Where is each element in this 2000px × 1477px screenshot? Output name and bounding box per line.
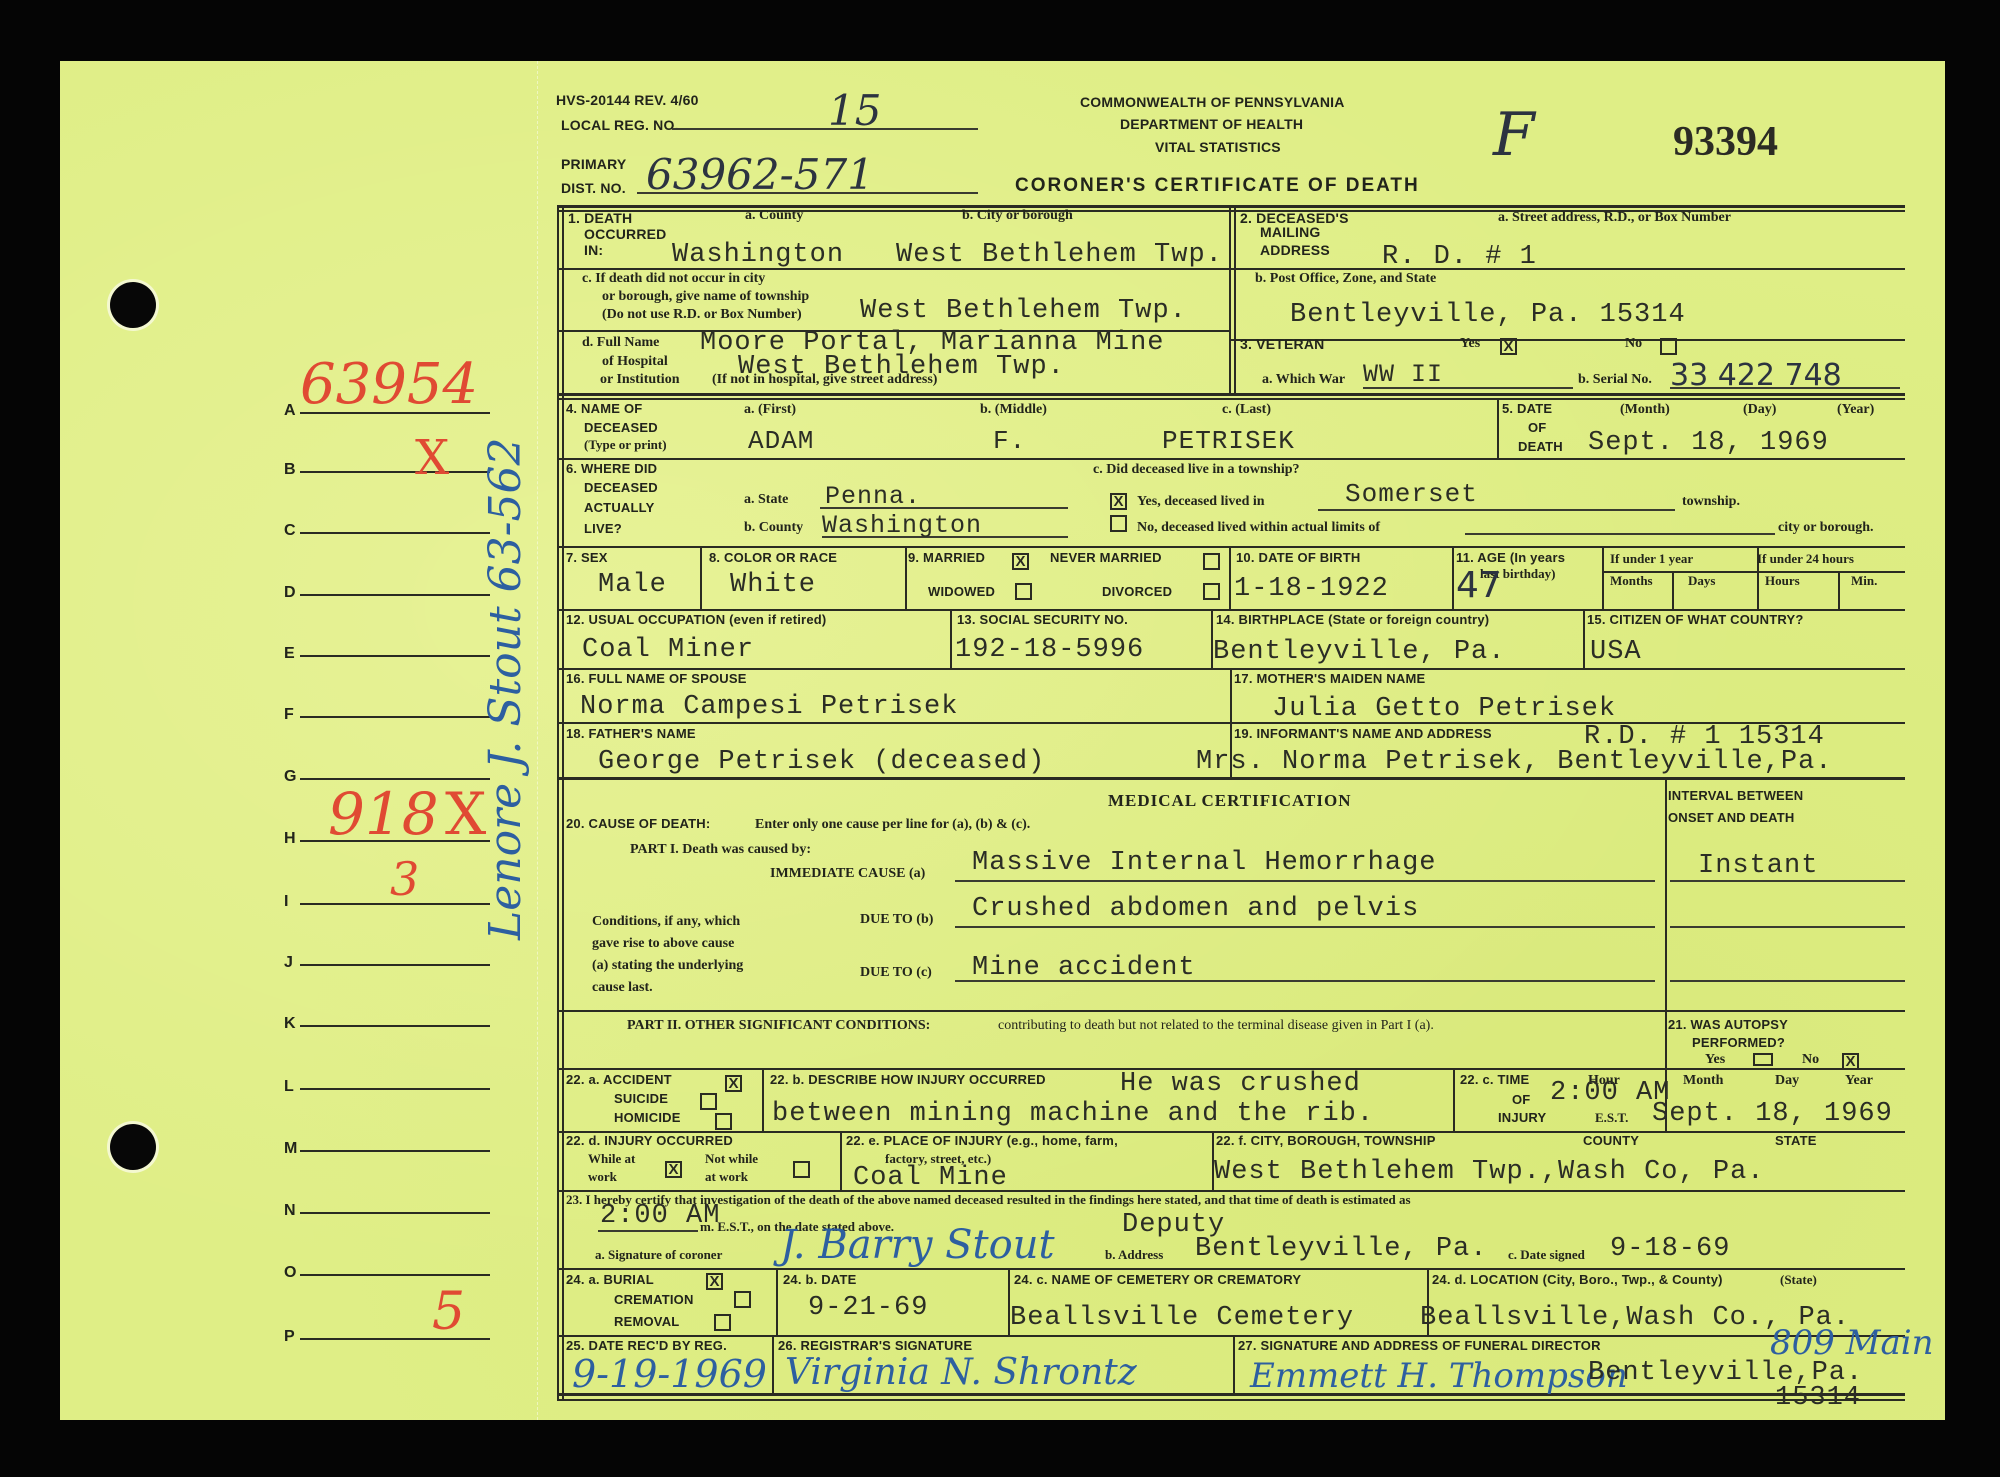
township-value[interactable]: West Bethlehem Twp. xyxy=(860,298,1187,325)
informant-value-line2[interactable]: Mrs. Norma Petrisek, Bentleyville,Pa. xyxy=(1196,749,1833,776)
not-at-work-checkbox[interactable] xyxy=(793,1161,810,1178)
label: 18. FATHER'S NAME xyxy=(566,727,696,742)
col-line xyxy=(762,1068,764,1131)
label: 22. d. INJURY OCCURRED xyxy=(566,1134,733,1149)
label: c. Did deceased live in a township? xyxy=(1093,462,1300,478)
label: ADDRESS xyxy=(1260,242,1330,258)
label: 27. SIGNATURE AND ADDRESS OF FUNERAL DIR… xyxy=(1238,1339,1601,1354)
agency-line-3: VITAL STATISTICS xyxy=(1155,139,1281,155)
index-letter: L xyxy=(284,1078,294,1096)
veteran-no-checkbox[interactable] xyxy=(1660,338,1677,355)
state-value[interactable]: Penna. xyxy=(825,484,921,509)
col-line xyxy=(1583,609,1585,668)
index-letter: N xyxy=(284,1202,296,1220)
col-line xyxy=(772,1335,774,1395)
label: b. Post Office, Zone, and State xyxy=(1255,271,1436,287)
label: DECEASED xyxy=(584,421,658,436)
label: NEVER MARRIED xyxy=(1050,551,1162,566)
label: b. City or borough xyxy=(962,208,1073,224)
margin-note-a: 63954 xyxy=(300,352,478,417)
label: 22. f. CITY, BOROUGH, TOWNSHIP xyxy=(1216,1134,1436,1149)
index-line xyxy=(300,964,490,966)
label: Min. xyxy=(1851,574,1877,589)
label: 12. USUAL OCCUPATION (even if retired) xyxy=(566,613,826,628)
coroner-signature[interactable]: J. Barry Stout xyxy=(780,1222,1055,1268)
widowed-checkbox[interactable] xyxy=(1015,583,1032,600)
due-to-c-value[interactable]: Mine accident xyxy=(972,955,1196,982)
label: No xyxy=(1625,336,1642,352)
label: OF xyxy=(1528,421,1546,436)
label: SUICIDE xyxy=(614,1092,668,1107)
underline xyxy=(1318,509,1675,511)
col-line xyxy=(950,609,952,668)
label: c. Date signed xyxy=(1508,1248,1585,1263)
punch-hole-icon xyxy=(110,282,156,328)
post-office-value[interactable]: Bentleyville, Pa. 15314 xyxy=(1290,302,1686,329)
label: ONSET AND DEATH xyxy=(1668,811,1795,826)
margin-note-p: 5 xyxy=(432,1282,465,1342)
interval-value[interactable]: Instant xyxy=(1698,853,1818,880)
index-line xyxy=(300,1025,490,1027)
col-line xyxy=(1453,1068,1455,1131)
label: WIDOWED xyxy=(928,585,995,600)
label: HOMICIDE xyxy=(614,1111,681,1126)
label: 8. COLOR OR RACE xyxy=(709,551,837,566)
middle-name-value[interactable]: F. xyxy=(993,428,1026,454)
label: 3. VETERAN xyxy=(1240,336,1324,352)
dist-value: 63962-571 xyxy=(646,150,874,199)
agency-line-1: COMMONWEALTH OF PENNSYLVANIA xyxy=(1080,94,1345,110)
place-of-injury-value[interactable]: Coal Mine xyxy=(853,1165,1008,1192)
label: 22. e. PLACE OF INJURY (e.g., home, farm… xyxy=(846,1134,1118,1149)
col-line xyxy=(1452,546,1454,609)
label: c. If death did not occur in city xyxy=(582,271,765,287)
row-line xyxy=(1229,268,1905,270)
label: No, deceased lived within actual limits … xyxy=(1137,520,1380,536)
mother-value[interactable]: Julia Getto Petrisek xyxy=(1272,696,1616,723)
row-line xyxy=(557,546,1905,548)
immediate-cause-value[interactable]: Massive Internal Hemorrhage xyxy=(972,850,1436,877)
occupation-value[interactable]: Coal Miner xyxy=(582,637,754,664)
label: (Type or print) xyxy=(584,438,667,453)
label: 6. WHERE DID xyxy=(566,462,657,477)
label: gave rise to above cause xyxy=(592,936,734,952)
label: INTERVAL BETWEEN xyxy=(1668,789,1803,804)
form-bottom-border-inner xyxy=(557,1399,1905,1401)
index-letter: O xyxy=(284,1264,296,1282)
underline xyxy=(955,926,1655,928)
injury-date-value[interactable]: Sept. 18, 1969 xyxy=(1652,1101,1893,1128)
row-line xyxy=(557,609,1905,611)
index-letter: H xyxy=(284,830,296,848)
row-line xyxy=(557,777,1905,780)
label: (Month) xyxy=(1620,402,1670,418)
underline xyxy=(955,880,1655,882)
married-checkbox[interactable]: X xyxy=(1012,553,1029,570)
label: c. (Last) xyxy=(1222,402,1271,418)
date-of-death-value[interactable]: Sept. 18, 1969 xyxy=(1588,430,1829,457)
label: COUNTY xyxy=(1583,1134,1639,1149)
row-line xyxy=(1229,339,1905,341)
suicide-checkbox[interactable] xyxy=(700,1093,717,1110)
label: a. State xyxy=(744,492,788,508)
local-reg-label: LOCAL REG. NO. xyxy=(561,117,679,133)
label: 22. c. TIME xyxy=(1460,1073,1529,1088)
col-line xyxy=(1672,571,1674,609)
label: 24. c. NAME OF CEMETERY OR CREMATORY xyxy=(1014,1273,1301,1288)
serial-value[interactable]: 33 422 748 xyxy=(1670,358,1842,393)
index-letter: B xyxy=(284,461,296,479)
date-received-value[interactable]: 9-19-1969 xyxy=(572,1352,767,1396)
label: 5. DATE xyxy=(1502,402,1552,417)
col-line xyxy=(1838,571,1840,609)
label: 13. SOCIAL SECURITY NO. xyxy=(957,613,1128,628)
label: 24. a. BURIAL xyxy=(566,1273,654,1288)
label: or borough, give name of township xyxy=(602,289,809,305)
due-to-b-value[interactable]: Crushed abdomen and pelvis xyxy=(972,896,1419,923)
label: a. Which War xyxy=(1262,372,1345,388)
label: of Hospital xyxy=(602,354,668,370)
index-letter: K xyxy=(284,1015,296,1033)
age-value[interactable]: 47 xyxy=(1456,565,1502,606)
col-line xyxy=(700,546,702,609)
label: PERFORMED? xyxy=(1692,1036,1785,1051)
residence-county-value[interactable]: Washington xyxy=(822,513,982,538)
county-value[interactable]: Washington xyxy=(672,242,844,269)
date-signed-value[interactable]: 9-18-69 xyxy=(1610,1236,1730,1263)
label: DUE TO (c) xyxy=(860,965,932,981)
label: PART II. OTHER SIGNIFICANT CONDITIONS: xyxy=(627,1018,930,1034)
col-line xyxy=(776,1268,778,1335)
label: 17. MOTHER'S MAIDEN NAME xyxy=(1234,672,1425,687)
label: INJURY xyxy=(1498,1111,1546,1126)
label: 24. b. DATE xyxy=(783,1273,856,1288)
label: at work xyxy=(705,1170,748,1185)
label: b. Serial No. xyxy=(1578,372,1652,388)
label: Month xyxy=(1683,1073,1723,1089)
label: 24. d. LOCATION (City, Boro., Twp., & Co… xyxy=(1432,1273,1723,1288)
label: cause last. xyxy=(592,980,653,996)
underline xyxy=(1670,926,1905,928)
first-name-value[interactable]: ADAM xyxy=(748,428,814,454)
index-letter: J xyxy=(284,954,293,972)
label: IMMEDIATE CAUSE (a) xyxy=(770,866,925,882)
form-number: HVS-20144 REV. 4/60 xyxy=(556,92,699,108)
describe-value-line1[interactable]: He was crushed xyxy=(1120,1071,1361,1098)
agency-line-2: DEPARTMENT OF HEALTH xyxy=(1120,116,1303,132)
township-yes-checkbox[interactable]: X xyxy=(1110,493,1127,510)
never-married-checkbox[interactable] xyxy=(1203,553,1220,570)
label: If under 24 hours xyxy=(1757,552,1854,567)
label: Year xyxy=(1845,1073,1873,1089)
label: 21. WAS AUTOPSY xyxy=(1668,1018,1788,1033)
label: work xyxy=(588,1170,617,1185)
row-line xyxy=(557,398,1905,400)
index-letter: C xyxy=(284,522,296,540)
label: Not while xyxy=(705,1152,758,1167)
label: Days xyxy=(1688,574,1715,589)
label: 22. b. DESCRIBE HOW INJURY OCCURRED xyxy=(770,1073,1046,1088)
row-line xyxy=(557,1010,1905,1012)
label: Hours xyxy=(1765,574,1800,589)
index-letter: G xyxy=(284,768,296,786)
label: (Day) xyxy=(1743,402,1776,418)
index-line xyxy=(300,471,490,473)
accident-checkbox[interactable]: X xyxy=(725,1075,742,1092)
label: MAILING xyxy=(1260,224,1321,240)
margin-note-h: 918 xyxy=(328,780,439,848)
label: a. Street address, R.D., or Box Number xyxy=(1498,210,1731,226)
index-letter: D xyxy=(284,584,296,602)
funeral-street-value[interactable]: 809 Main xyxy=(1770,1323,1934,1363)
index-letter: M xyxy=(284,1140,297,1158)
margin-vertical-note: Lenore J. Stout 63-562 xyxy=(480,438,531,941)
index-letter: A xyxy=(284,402,296,420)
medical-title: MEDICAL CERTIFICATION xyxy=(1108,791,1351,811)
form-left-border xyxy=(557,205,559,1400)
label: 19. INFORMANT'S NAME AND ADDRESS xyxy=(1234,727,1492,742)
index-letter: P xyxy=(284,1328,295,1346)
label: IN: xyxy=(584,242,603,258)
describe-value-line2[interactable]: between mining machine and the rib. xyxy=(772,1101,1374,1128)
injury-city-value[interactable]: West Bethlehem Twp.,Wash Co, Pa. xyxy=(1214,1159,1764,1186)
last-name-value[interactable]: PETRISEK xyxy=(1162,428,1295,454)
birthplace-value[interactable]: Bentleyville, Pa. xyxy=(1213,639,1505,666)
label: Yes xyxy=(1705,1052,1725,1068)
burial-checkbox[interactable]: X xyxy=(706,1273,723,1290)
label: LIVE? xyxy=(584,522,622,537)
ssn-value[interactable]: 192-18-5996 xyxy=(955,637,1144,664)
index-line xyxy=(300,655,490,657)
label: If under 1 year xyxy=(1610,552,1693,567)
dob-value[interactable]: 1-18-1922 xyxy=(1234,576,1389,603)
father-value[interactable]: George Petrisek (deceased) xyxy=(598,749,1045,776)
cremation-checkbox[interactable] xyxy=(734,1291,751,1308)
certificate-number: 93394 xyxy=(1673,118,1778,166)
label: Yes, deceased lived in xyxy=(1137,494,1265,510)
label: Yes xyxy=(1460,336,1480,352)
homicide-checkbox[interactable] xyxy=(715,1113,732,1130)
index-letter: F xyxy=(284,706,294,724)
col-line xyxy=(840,1131,842,1190)
margin-mark-b: X xyxy=(415,430,449,486)
punch-hole-icon xyxy=(110,1124,156,1170)
label: 11. AGE (In years xyxy=(1456,551,1565,566)
label: (Year) xyxy=(1837,402,1874,418)
form-title: CORONER'S CERTIFICATE OF DEATH xyxy=(1015,175,1420,197)
col-line xyxy=(1229,546,1231,609)
divorced-checkbox[interactable] xyxy=(1203,583,1220,600)
index-line xyxy=(300,716,490,718)
label: a. (First) xyxy=(744,402,796,418)
label: Enter only one cause per line for (a), (… xyxy=(755,817,1030,833)
label: or Institution xyxy=(600,372,679,388)
row-line xyxy=(557,1335,1905,1337)
handwritten-letter: F xyxy=(1493,100,1535,170)
row-line xyxy=(557,458,1905,460)
label: CREMATION xyxy=(614,1293,694,1308)
col-line xyxy=(1602,546,1604,609)
city-value[interactable]: West Bethlehem Twp. xyxy=(896,242,1223,269)
label: (a) stating the underlying xyxy=(592,958,743,974)
label: 9. MARRIED xyxy=(908,551,985,566)
race-value[interactable]: White xyxy=(730,572,816,599)
underline xyxy=(1465,533,1775,535)
label: city or borough. xyxy=(1778,520,1874,536)
registrar-signature[interactable]: Virginia N. Shrontz xyxy=(785,1352,1137,1393)
index-line xyxy=(300,532,490,534)
index-letter: E xyxy=(284,645,295,663)
label: 16. FULL NAME OF SPOUSE xyxy=(566,672,747,687)
removal-checkbox[interactable] xyxy=(714,1314,731,1331)
index-line xyxy=(300,594,490,596)
perforation-line xyxy=(537,61,538,1420)
label: While at xyxy=(588,1152,635,1167)
row-line xyxy=(557,393,1905,396)
underline xyxy=(1670,980,1905,982)
veteran-yes-checkbox[interactable]: X xyxy=(1500,338,1517,355)
war-value[interactable]: WW II xyxy=(1363,362,1443,387)
index-line xyxy=(300,1274,490,1276)
label: DIVORCED xyxy=(1102,585,1172,600)
funeral-director-signature[interactable]: Emmett H. Thompson xyxy=(1250,1356,1628,1396)
label: contributing to death but not related to… xyxy=(998,1018,1434,1034)
row-line xyxy=(557,1268,1905,1270)
index-letter: I xyxy=(284,893,288,911)
label: 1. DEATH xyxy=(568,210,632,226)
label: Day xyxy=(1775,1073,1799,1089)
label: 10. DATE OF BIRTH xyxy=(1236,551,1361,566)
label: OCCURRED xyxy=(584,226,667,242)
label: DUE TO (b) xyxy=(860,912,933,928)
local-reg-underline xyxy=(672,128,978,130)
coroner-address-value[interactable]: Bentleyville, Pa. xyxy=(1195,1236,1487,1263)
label: b. (Middle) xyxy=(980,402,1047,418)
label: Conditions, if any, which xyxy=(592,914,740,930)
label: (Do not use R.D. or Box Number) xyxy=(602,307,802,323)
label: Months xyxy=(1610,574,1653,589)
label: REMOVAL xyxy=(614,1315,679,1330)
label: E.S.T. xyxy=(1595,1111,1628,1126)
label: b. Address xyxy=(1105,1248,1163,1263)
label: a. County xyxy=(745,208,803,224)
label: STATE xyxy=(1775,1134,1817,1149)
label: (State) xyxy=(1780,1273,1817,1288)
form-left-border-inner xyxy=(562,205,564,1400)
label: DECEASED xyxy=(584,481,658,496)
margin-note-i: 3 xyxy=(390,852,419,906)
local-reg-value: 15 xyxy=(828,86,881,135)
label: b. County xyxy=(744,520,803,536)
dist-label: DIST. NO. xyxy=(561,180,626,196)
label: OF xyxy=(1512,1093,1530,1108)
col-line xyxy=(1497,398,1499,458)
label: 15. CITIZEN OF WHAT COUNTRY? xyxy=(1587,613,1803,628)
label: No xyxy=(1802,1052,1819,1068)
col-line xyxy=(905,546,907,609)
street-value[interactable]: R. D. # 1 xyxy=(1382,244,1537,271)
label: 4. NAME OF xyxy=(566,402,642,417)
index-line xyxy=(300,1150,490,1152)
label: 22. a. ACCIDENT xyxy=(566,1073,672,1088)
residence-township-value[interactable]: Somerset xyxy=(1345,481,1478,507)
label: DEATH xyxy=(1518,440,1563,455)
sex-value[interactable]: Male xyxy=(598,572,667,599)
col-line xyxy=(1234,205,1236,395)
hospital-value-line2[interactable]: West Bethlehem Twp. xyxy=(738,354,1065,381)
label: 7. SEX xyxy=(566,551,608,566)
label: a. Signature of coroner xyxy=(595,1248,722,1263)
col-line xyxy=(1229,205,1231,395)
funeral-zip-value[interactable]: 15314 xyxy=(1775,1385,1861,1412)
label: 14. BIRTHPLACE (State or foreign country… xyxy=(1216,613,1489,628)
col-line xyxy=(1233,1335,1235,1395)
index-line xyxy=(300,1088,490,1090)
index-line xyxy=(300,1212,490,1214)
label: d. Full Name xyxy=(582,335,659,351)
while-at-work-checkbox[interactable]: X xyxy=(665,1161,682,1178)
autopsy-yes-checkbox[interactable] xyxy=(1753,1053,1773,1066)
burial-date-value[interactable]: 9-21-69 xyxy=(808,1295,928,1322)
spouse-value[interactable]: Norma Campesi Petrisek xyxy=(580,694,958,721)
citizen-value[interactable]: USA xyxy=(1590,639,1642,666)
autopsy-no-checkbox[interactable]: X xyxy=(1842,1053,1859,1070)
township-no-checkbox[interactable] xyxy=(1110,515,1127,532)
label: 20. CAUSE OF DEATH: xyxy=(566,817,710,832)
cemetery-value[interactable]: Beallsville Cemetery xyxy=(1010,1305,1354,1332)
label: township. xyxy=(1682,494,1740,510)
label: PART I. Death was caused by: xyxy=(630,842,811,858)
primary-label: PRIMARY xyxy=(561,156,626,172)
label: ACTUALLY xyxy=(584,501,654,516)
